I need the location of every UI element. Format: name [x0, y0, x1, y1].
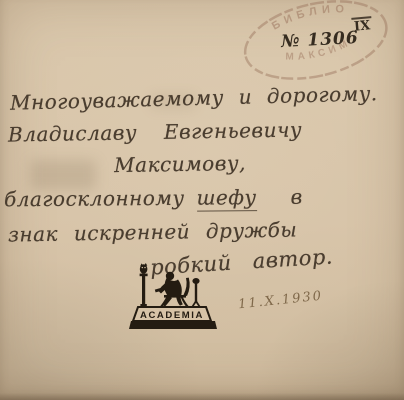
academia-logo: ACADEMIA	[128, 263, 218, 331]
inscription-line-4: благосклонномушефув	[4, 185, 303, 212]
book-flyleaf-page: БИБЛИО МАКСИМ № 1306 IX Многоуважаемому …	[0, 0, 404, 400]
seated-philosopher-figure	[155, 272, 190, 307]
inscription-line-3: Максимову,	[60, 150, 300, 178]
tripod	[191, 278, 200, 307]
inscription-line-4-pre: благосклонному	[4, 186, 185, 212]
stamp-roman-numeral: IX	[351, 16, 373, 35]
stamp-accession-number: № 1306	[281, 28, 360, 52]
inscription-underlined-word: шефу	[196, 185, 256, 212]
logo-wordmark: ACADEMIA	[140, 310, 204, 321]
inscription-line-2: Владиславу Евгеньевичу	[8, 117, 302, 146]
handwritten-date: 11.X.1930	[237, 289, 323, 313]
logo-plinth	[129, 321, 217, 329]
inscription-line-1: Многоуважаемому и дорогому.	[10, 81, 378, 115]
inscription-line-4-post: в	[290, 185, 302, 209]
owl-icon	[140, 263, 148, 274]
inscription-line-5: знак искренней дружбы	[8, 217, 298, 246]
